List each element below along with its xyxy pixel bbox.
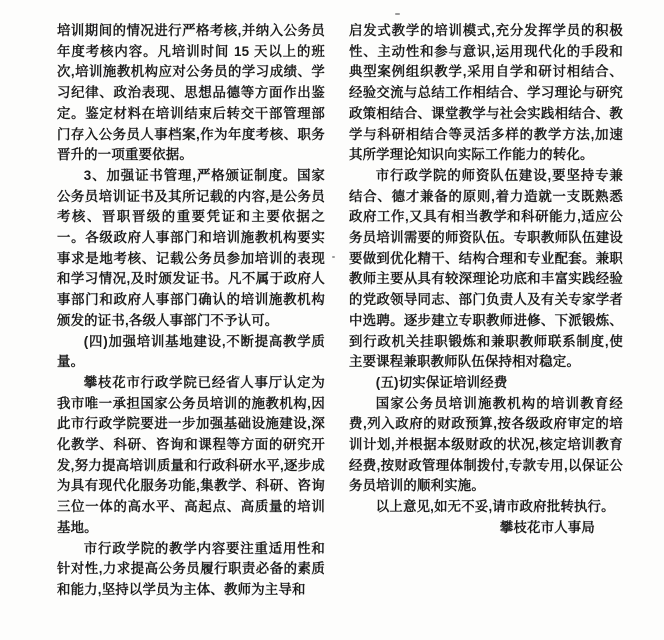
section-heading-5: (五)切实保证培训经费 bbox=[349, 373, 623, 394]
paragraph-faculty-building: 市行政学院的师资队伍建设,要坚持专兼结合、德才兼备的原则,着力造就一支既熟悉政府… bbox=[349, 166, 623, 373]
left-column: 培训期间的情况进行严格考核,并纳入公务员年度考核内容。凡培训时间 15 天以上的… bbox=[57, 21, 325, 601]
paragraph-academy-base: 攀枝花市行政学院已经省人事厅认定为我市唯一承担国家公务员培训的施教机构,因此市行… bbox=[57, 373, 325, 539]
paragraph-certificate-management: 3、加强证书管理,严格颁证制度。国家公务员培训证书及其所记载的内容,是公务员考核… bbox=[57, 166, 325, 332]
scan-speck bbox=[438, 419, 442, 421]
signature: 攀枝花市人事局 bbox=[349, 518, 623, 539]
paragraph-funding: 国家公务员培训施教机构的培训教育经费,列入政府的财政预算,按各级政府审定的培训计… bbox=[349, 394, 623, 498]
paragraph-teaching-content: 市行政学院的教学内容要注重适用性和针对性,力求提高公务员履行职责必备的素质和能力… bbox=[57, 539, 325, 601]
scan-speck bbox=[332, 256, 335, 258]
scan-speck bbox=[236, 376, 240, 378]
scan-speck bbox=[395, 13, 400, 15]
section-heading-4: (四)加强培训基地建设,不断提高教学质量。 bbox=[57, 332, 325, 373]
document-page: 培训期间的情况进行严格考核,并纳入公务员年度考核内容。凡培训时间 15 天以上的… bbox=[0, 0, 664, 640]
paragraph-closing-request: 以上意见,如无不妥,请市政府批转执行。 bbox=[349, 497, 623, 518]
right-column: 启发式教学的培训模式,充分发挥学员的积极性、主动性和参与意识,运用现代化的手段和… bbox=[349, 21, 623, 539]
paragraph-teaching-content-continued: 启发式教学的培训模式,充分发挥学员的积极性、主动性和参与意识,运用现代化的手段和… bbox=[349, 21, 623, 166]
paragraph-assessment-continuation: 培训期间的情况进行严格考核,并纳入公务员年度考核内容。凡培训时间 15 天以上的… bbox=[57, 21, 325, 166]
